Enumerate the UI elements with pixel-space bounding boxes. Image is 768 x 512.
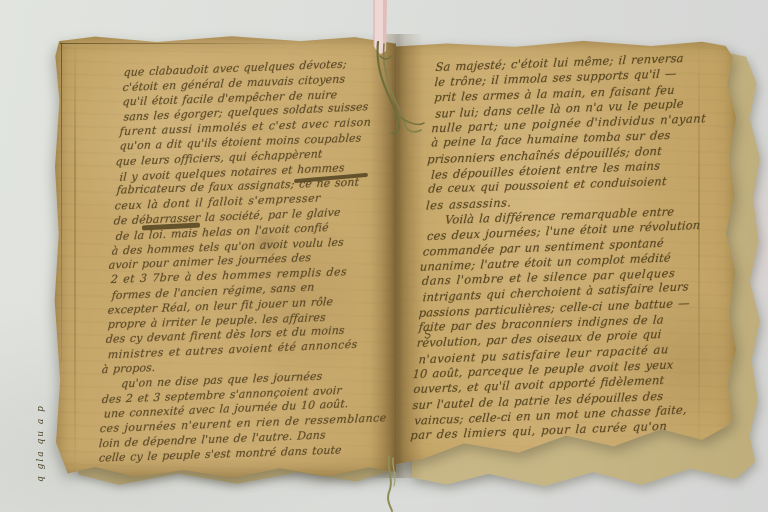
right-page-text: Sa majesté; c'étoit lui même; il renvers…: [410, 49, 732, 443]
photo-background: que clabaudoit avec quelques dévotes;c'é…: [0, 0, 768, 512]
spine-edge-writing: q gla qu a p: [36, 292, 52, 482]
right-page: S Sa majesté; c'étoit lui même; il renve…: [396, 40, 736, 470]
right-page-wrap: S Sa majesté; c'étoit lui même; il renve…: [0, 0, 768, 512]
